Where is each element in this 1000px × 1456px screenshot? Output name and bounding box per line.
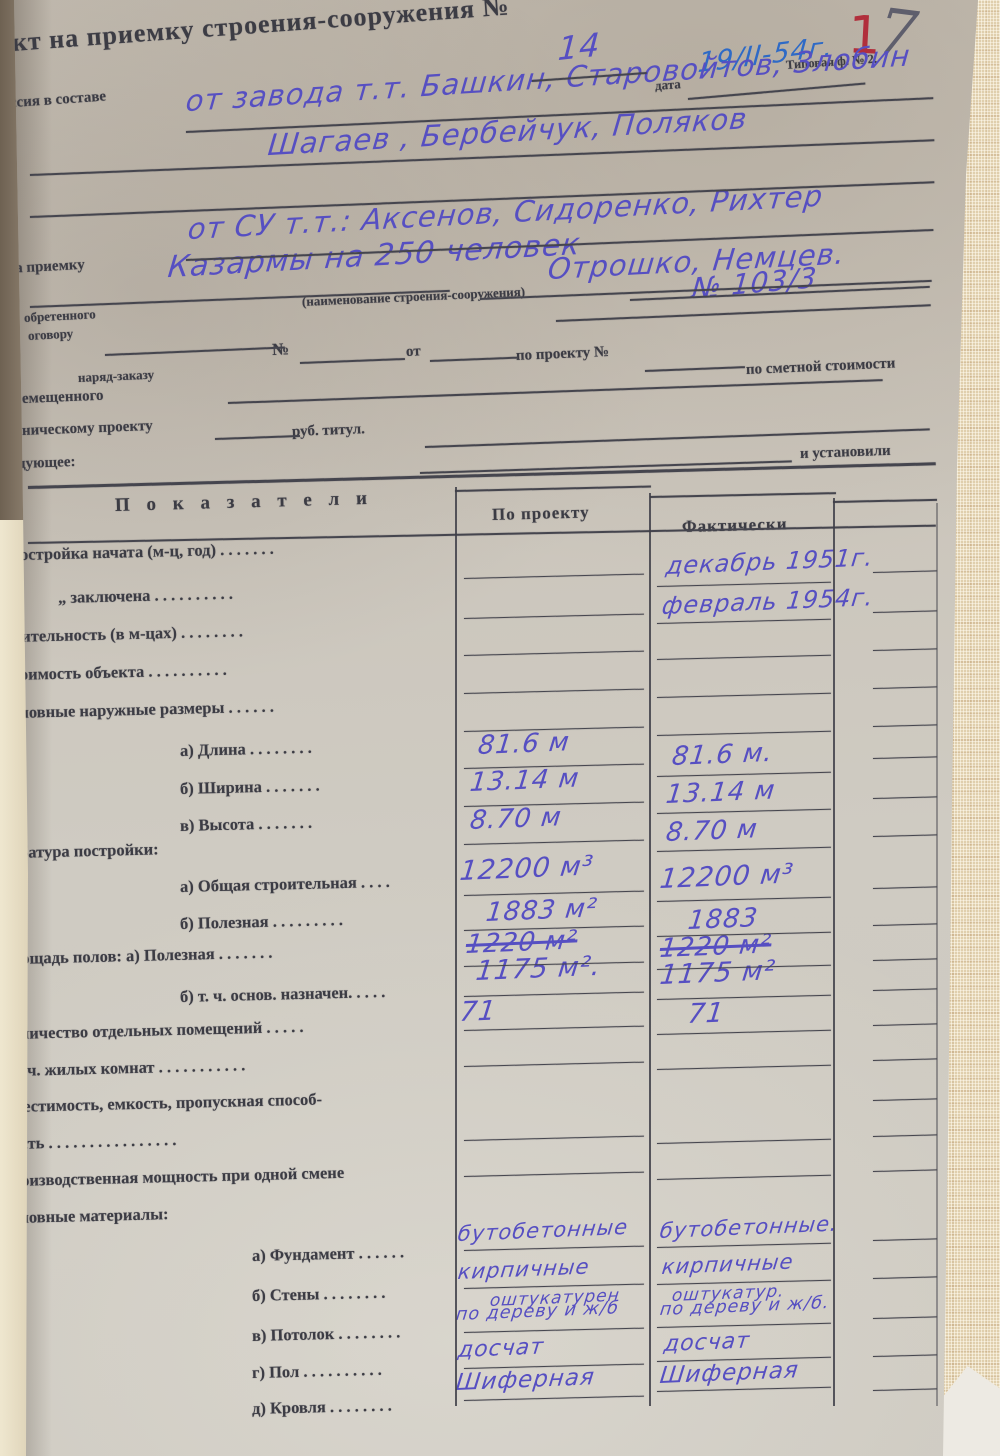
row-underline — [657, 995, 831, 1000]
table-row-label: ость . . . . . . . . . . . . . . . . — [12, 1130, 177, 1154]
row-underline — [873, 1238, 937, 1241]
row-underline — [873, 1354, 937, 1357]
row-underline — [464, 840, 644, 845]
table-cell-actual: кирпичные — [661, 1249, 795, 1279]
table-row-label: д) Кровля . . . . . . . . — [252, 1396, 392, 1419]
row-underline — [657, 731, 831, 736]
row-underline — [657, 1139, 831, 1144]
table-row-label: лощадь полов: а) Полезная . . . . . . . — [12, 943, 273, 969]
field-acquired-label-1: обретенного — [24, 306, 96, 326]
table-row-label: а) Общая строительная . . . . — [180, 872, 390, 897]
scanned-page-scene: кт на приемку строения-сооружения № 14 д… — [0, 0, 1000, 1456]
table-cell-actual: 13.14 м — [664, 775, 777, 810]
table-row-label: роизводственная мощность при одной смене — [12, 1163, 345, 1191]
table-row-label: оличество отдельных помещений . . . . . — [12, 1017, 304, 1044]
table-row-label: т. ч. жилых комнат . . . . . . . . . . . — [12, 1055, 246, 1081]
row-underline — [464, 1136, 644, 1141]
row-underline — [464, 1172, 644, 1177]
row-underline — [464, 992, 644, 997]
rule-line — [28, 525, 936, 544]
table-row-label: „ заключена . . . . . . . . . . — [58, 584, 233, 608]
field-ot-label: от — [406, 343, 421, 361]
row-underline — [873, 724, 937, 727]
row-underline — [873, 1134, 937, 1137]
row-underline — [873, 886, 937, 889]
row-underline — [657, 809, 831, 814]
table-row-label: сновные наружные размеры . . . . . . — [12, 697, 274, 723]
table-cell-project: Шиферная — [454, 1364, 596, 1396]
row-underline — [873, 686, 937, 689]
table-row-label: тоимость объекта . . . . . . . . . . — [12, 660, 227, 685]
row-underline — [464, 1396, 644, 1401]
field-established-label: и установили — [800, 443, 891, 463]
rule-line — [688, 82, 865, 100]
table-vertical-border — [936, 503, 938, 1406]
row-underline — [873, 1388, 937, 1391]
table-row-label: б) Полезная . . . . . . . . . — [180, 910, 343, 934]
table-cell-project: 81.6 м — [476, 727, 571, 761]
row-underline — [657, 847, 831, 852]
rule-line — [455, 486, 651, 492]
row-underline — [873, 648, 937, 651]
rule-line — [556, 304, 931, 322]
table-vertical-border — [649, 493, 651, 1406]
table-cell-project: 8.70 м — [468, 802, 563, 836]
row-underline — [873, 988, 937, 991]
row-underline — [657, 1175, 831, 1180]
table-vertical-border — [833, 498, 835, 1406]
table-row-label: убатура постройки: — [12, 839, 159, 863]
table-cell-project: 13.14 м — [468, 763, 581, 798]
table-row-label: б) Ширина . . . . . . . — [180, 776, 320, 799]
row-underline — [873, 1023, 937, 1026]
row-underline — [657, 1243, 831, 1248]
table-cell-project: бутобетонные — [457, 1215, 630, 1246]
table-vertical-border — [455, 487, 457, 1406]
field-estimate-label: по сметной стоимости — [746, 355, 896, 379]
row-underline — [464, 651, 644, 656]
field-following-label: дующее: — [18, 454, 76, 473]
row-underline — [464, 689, 644, 694]
table-row-label: г) Пол . . . . . . . . . . — [252, 1360, 382, 1383]
table-cell-actual: 12200 м³ — [658, 858, 795, 895]
rule-line — [430, 357, 518, 362]
row-underline — [873, 796, 937, 799]
rule-line — [650, 492, 836, 498]
rule-line — [215, 435, 300, 440]
table-cell-project: 71 — [458, 995, 498, 1028]
row-underline — [657, 1030, 831, 1035]
table-cell-actual: декабрь 1951г. — [664, 543, 875, 580]
row-underline — [657, 693, 831, 698]
row-underline — [873, 923, 937, 926]
table-cell-actual: досчат — [663, 1328, 752, 1357]
row-underline — [873, 958, 937, 961]
table-row-label: а) Фундамент . . . . . . — [252, 1242, 405, 1266]
table-cell-project: 1883 м² — [484, 893, 599, 928]
table-cell-project: 12200 м³ — [458, 850, 595, 887]
table-row-label: б) Стены . . . . . . . . — [252, 1283, 386, 1306]
table-row-label: в) Потолок . . . . . . . . — [252, 1322, 401, 1346]
table-cell-actual: 81.6 м. — [670, 738, 774, 772]
row-underline — [873, 1098, 937, 1101]
rule-line — [105, 346, 285, 356]
row-underline — [657, 619, 831, 624]
row-underline — [464, 1246, 644, 1251]
row-underline — [657, 897, 831, 902]
field-no-label: № — [272, 339, 290, 360]
table-row-label: а) Длина . . . . . . . . — [180, 738, 312, 761]
table-cell-project: 1175 м². — [474, 951, 603, 987]
row-underline — [873, 570, 937, 573]
table-cell-project: кирпичные — [457, 1254, 591, 1284]
table-cell-project: по дереву и ж/б — [455, 1298, 620, 1325]
row-underline — [464, 1062, 644, 1067]
field-project-label: по проекту № — [516, 344, 610, 365]
table-row-label: лительность (в м-цах) . . . . . . . . — [12, 621, 243, 647]
field-tech-label: ническому проекту — [22, 418, 153, 440]
table-row-label: местимость, емкость, пропускная способ- — [12, 1089, 323, 1117]
rule-line — [228, 379, 883, 404]
row-underline — [873, 1316, 937, 1319]
table-cell-actual: 8.70 м — [664, 814, 759, 848]
table-header-project: По проекту — [492, 502, 590, 525]
table-cell-actual: Шиферная — [658, 1357, 800, 1389]
field-moved-label: емещенного — [22, 388, 104, 408]
row-underline — [873, 610, 937, 613]
rule-line — [645, 366, 745, 372]
document-page: кт на приемку строения-сооружения № 14 д… — [0, 0, 1000, 1456]
row-underline — [657, 1323, 831, 1328]
table-cell-project: досчат — [457, 1334, 546, 1363]
row-underline — [657, 1065, 831, 1070]
table-row-label: в) Высота . . . . . . . — [180, 813, 313, 836]
table-cell-actual: бутобетонные. — [659, 1211, 840, 1243]
rule-line — [28, 462, 936, 489]
rule-line — [300, 358, 405, 364]
row-underline — [873, 1169, 937, 1172]
table-cell-actual: февраль 1954г. — [660, 583, 875, 620]
table-cell-actual: 71 — [686, 997, 726, 1030]
page-title: кт на приемку строения-сооружения № — [11, 0, 511, 58]
row-underline — [873, 1058, 937, 1061]
row-underline — [464, 614, 644, 619]
table-cell-actual: 1175 м² — [658, 955, 777, 991]
row-underline — [873, 1276, 937, 1279]
table-header-indicators: П о к а з а т е л и — [115, 488, 373, 517]
row-underline — [873, 834, 937, 837]
field-rub-label: руб. титул. — [292, 421, 366, 441]
row-underline — [464, 1328, 644, 1333]
rule-line — [833, 499, 937, 503]
row-underline — [873, 756, 937, 759]
table-header-actual: Фактически — [682, 514, 788, 537]
table-row-label: сновные материалы: — [12, 1204, 169, 1228]
field-acquired-label-2: оговору — [28, 326, 74, 344]
table-row-label: б) т. ч. основ. назначен. . . . . — [180, 982, 386, 1007]
field-order-label: наряд-заказу — [78, 367, 155, 386]
row-underline — [464, 574, 644, 579]
row-underline — [657, 655, 831, 660]
